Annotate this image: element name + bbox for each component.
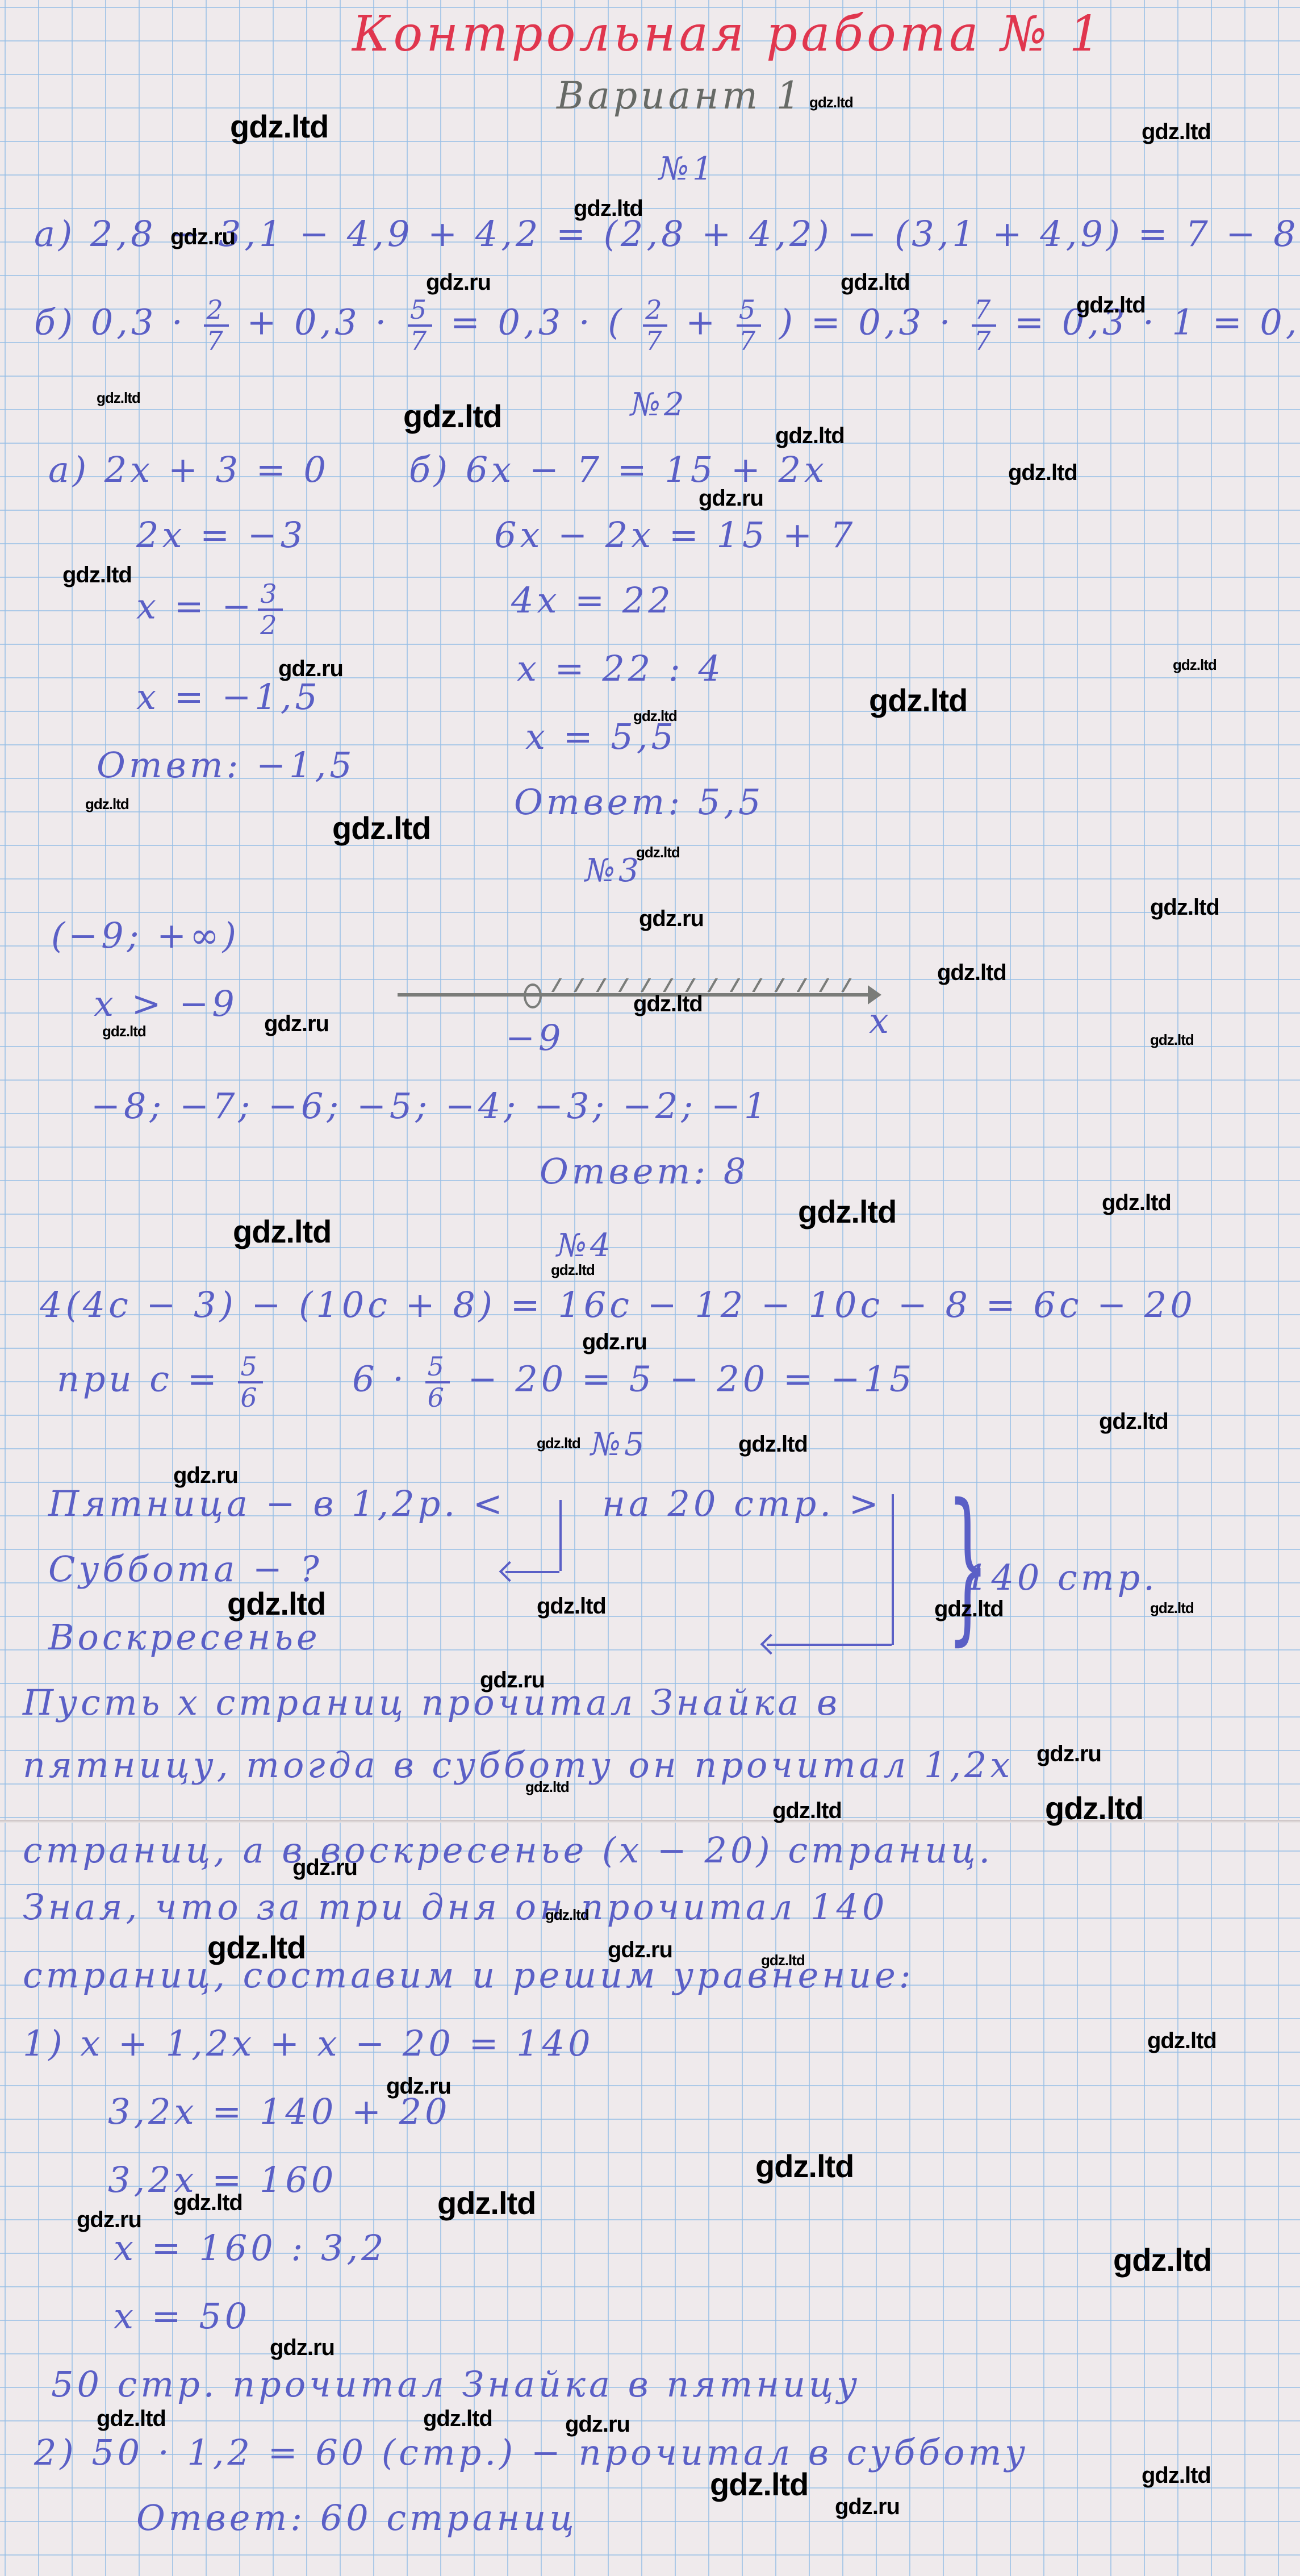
- task5-friday-result: 50 стр. прочитал Знайка в пятницу: [51, 2364, 860, 2405]
- task3-inequality: x > −9: [94, 983, 238, 1024]
- watermark: gdz.ltd: [332, 810, 430, 847]
- task1-b-text: б) 0,3 ·: [34, 302, 186, 343]
- watermark: gdz.ltd: [1142, 2463, 1211, 2489]
- watermark: gdz.ltd: [1076, 293, 1146, 318]
- watermark: gdz.ru: [608, 1937, 672, 1963]
- watermark: gdz.ltd: [537, 1435, 580, 1452]
- fraction: 27: [643, 295, 667, 355]
- watermark: gdz.ltd: [97, 389, 140, 407]
- scheme-connector: [892, 1494, 894, 1645]
- watermark: gdz.ltd: [437, 2185, 536, 2221]
- watermark: gdz.ltd: [233, 1213, 331, 1250]
- watermark: gdz.ltd: [62, 562, 132, 588]
- task5-solution-line: x = 160 : 3,2: [114, 2227, 387, 2269]
- task2-b-line: 4x = 22: [511, 580, 674, 621]
- watermark: gdz.ltd: [1150, 1031, 1194, 1049]
- number-line-axis-label: x: [869, 1000, 892, 1041]
- watermark: gdz.ltd: [525, 1778, 569, 1796]
- watermark: gdz.ltd: [636, 844, 680, 861]
- scheme-difference: на 20 стр. >: [602, 1483, 882, 1524]
- task5-text-line: пятницу, тогда в субботу он прочитал 1,2…: [23, 1744, 1013, 1786]
- watermark: gdz.ltd: [761, 1952, 805, 1969]
- watermark: gdz.ltd: [738, 1432, 808, 1457]
- watermark: gdz.ltd: [809, 94, 853, 111]
- curly-brace-icon: }: [947, 1483, 990, 1648]
- number-line-hatching: [540, 978, 858, 992]
- task1-label: №1: [659, 151, 716, 187]
- watermark: gdz.ltd: [1099, 1409, 1168, 1435]
- watermark: gdz.ru: [77, 2207, 141, 2233]
- watermark: gdz.ru: [173, 1463, 238, 1489]
- watermark: gdz.ltd: [551, 1261, 595, 1279]
- scheme-friday: Пятница − в 1,2р. <: [48, 1483, 506, 1524]
- watermark: gdz.ltd: [403, 398, 501, 435]
- task2-a-line: x = −1,5: [136, 676, 321, 718]
- task5-text-line: Пусть x страниц прочитал Знайка в: [23, 1682, 841, 1723]
- task2-b-answer: Ответ: 5,5: [514, 781, 764, 823]
- watermark: gdz.ltd: [1173, 656, 1217, 674]
- fraction: 57: [737, 295, 761, 355]
- task2-a-line: x = −32: [136, 580, 286, 639]
- watermark: gdz.ltd: [102, 1023, 146, 1040]
- watermark: gdz.ltd: [934, 1597, 1004, 1622]
- task3-label: №3: [585, 852, 642, 889]
- watermark: gdz.ltd: [633, 707, 677, 725]
- task5-text-line: страниц, а в воскресенье (x − 20) страни…: [23, 1829, 993, 1871]
- arrow-left-icon: [505, 1571, 559, 1573]
- task4-expression: 4(4c − 3) − (10c + 8) = 16c − 12 − 10c −…: [40, 1284, 1196, 1325]
- open-point-icon: [524, 983, 542, 1008]
- task5-text-line: Зная, что за три дня он прочитал 140: [23, 1886, 888, 1928]
- watermark: gdz.ru: [480, 1668, 545, 1693]
- task2-a-answer: Отвт: −1,5: [97, 744, 356, 786]
- watermark: gdz.ru: [835, 2494, 900, 2520]
- scheme-saturday: Суббота − ?: [48, 1548, 323, 1590]
- watermark: gdz.ltd: [207, 1929, 306, 1966]
- fraction: 57: [408, 295, 432, 355]
- watermark: gdz.ltd: [772, 1798, 842, 1824]
- watermark: gdz.ltd: [1045, 1790, 1143, 1827]
- fraction: 77: [972, 295, 996, 355]
- watermark: gdz.ltd: [1147, 2028, 1217, 2054]
- scheme-connector: [559, 1500, 562, 1571]
- watermark: gdz.ltd: [537, 1594, 606, 1619]
- watermark: gdz.ltd: [227, 1585, 325, 1622]
- variant-label: Вариант 1: [557, 74, 804, 118]
- watermark: gdz.ltd: [574, 196, 643, 222]
- watermark: gdz.ltd: [755, 2148, 854, 2185]
- scheme-total: 140 стр.: [965, 1557, 1158, 1598]
- task2-a-line: 2x = −3: [136, 514, 306, 556]
- watermark: gdz.ltd: [710, 2466, 808, 2503]
- task5-solution-line: x = 50: [114, 2295, 250, 2337]
- watermark: gdz.ru: [699, 486, 763, 511]
- watermark: gdz.ltd: [1113, 2241, 1211, 2278]
- watermark: gdz.ltd: [937, 960, 1006, 986]
- watermark: gdz.ru: [386, 2074, 451, 2099]
- watermark: gdz.ltd: [423, 2406, 492, 2432]
- watermark: gdz.ltd: [798, 1193, 896, 1230]
- watermark: gdz.ru: [170, 224, 235, 250]
- task4-substitution: при c = 56 6 · 56 − 20 = 5 − 20 = −15: [57, 1352, 916, 1412]
- task2-a-line: а) 2x + 3 = 0: [48, 449, 329, 490]
- scheme-sunday: Воскресенье: [48, 1616, 321, 1658]
- watermark: gdz.ltd: [1008, 460, 1077, 486]
- watermark: gdz.ltd: [85, 795, 129, 813]
- watermark: gdz.ru: [292, 1855, 357, 1881]
- task5-answer: Ответ: 60 страниц: [136, 2497, 578, 2539]
- watermark: gdz.ltd: [1150, 1599, 1194, 1617]
- watermark: gdz.ltd: [173, 2190, 243, 2216]
- task2-b-line: б) 6x − 7 = 15 + 2x: [409, 449, 827, 490]
- task3-answer: Ответ: 8: [540, 1151, 749, 1192]
- watermark: gdz.ltd: [230, 108, 328, 145]
- task1-b-text: ) = 0,3 ·: [779, 302, 954, 343]
- watermark: gdz.ltd: [1150, 895, 1219, 920]
- fraction: 27: [204, 295, 228, 355]
- task1-b-text: = 0,3 · 1 = 0,3: [1014, 302, 1300, 343]
- number-line-point-label: −9: [505, 1017, 564, 1058]
- task5-step2: 2) 50 · 1,2 = 60 (стр.) − прочитал в суб…: [34, 2432, 1029, 2473]
- watermark: gdz.ltd: [545, 1906, 589, 1924]
- watermark: gdz.ru: [582, 1329, 647, 1355]
- task5-solution-line: 1) x + 1,2x + x − 20 = 140: [23, 2023, 594, 2064]
- watermark: gdz.ru: [270, 2335, 335, 2361]
- watermark: gdz.ru: [264, 1011, 329, 1037]
- task1-b-text: = 0,3 · (: [450, 302, 625, 343]
- page-title: Контрольная работа № 1: [352, 6, 1103, 62]
- task1-b-text: +: [685, 302, 718, 343]
- task3-integers: −8; −7; −6; −5; −4; −3; −2; −1: [91, 1085, 770, 1127]
- watermark: gdz.ltd: [1142, 119, 1211, 145]
- watermark: gdz.ru: [565, 2412, 630, 2437]
- task4-label: №4: [557, 1227, 614, 1264]
- task2-b-line: 6x − 2x = 15 + 7: [494, 514, 856, 556]
- watermark: gdz.ltd: [869, 682, 967, 719]
- watermark: gdz.ltd: [1102, 1190, 1171, 1216]
- watermark: gdz.ru: [1036, 1741, 1101, 1767]
- watermark: gdz.ltd: [775, 423, 845, 449]
- watermark: gdz.ru: [278, 656, 343, 682]
- watermark: gdz.ru: [639, 906, 704, 932]
- watermark: gdz.ltd: [97, 2406, 166, 2432]
- watermark: gdz.ru: [426, 270, 491, 295]
- task1-b-text: + 0,3 ·: [246, 302, 390, 343]
- task2-b-line: x = 22 : 4: [517, 648, 724, 689]
- task3-interval: (−9; +∞): [51, 915, 240, 956]
- arrow-left-icon: [767, 1644, 892, 1646]
- watermark: gdz.ltd: [841, 270, 910, 295]
- watermark: gdz.ltd: [633, 991, 703, 1017]
- task5-label: №5: [591, 1426, 648, 1463]
- task2-label: №2: [630, 386, 688, 423]
